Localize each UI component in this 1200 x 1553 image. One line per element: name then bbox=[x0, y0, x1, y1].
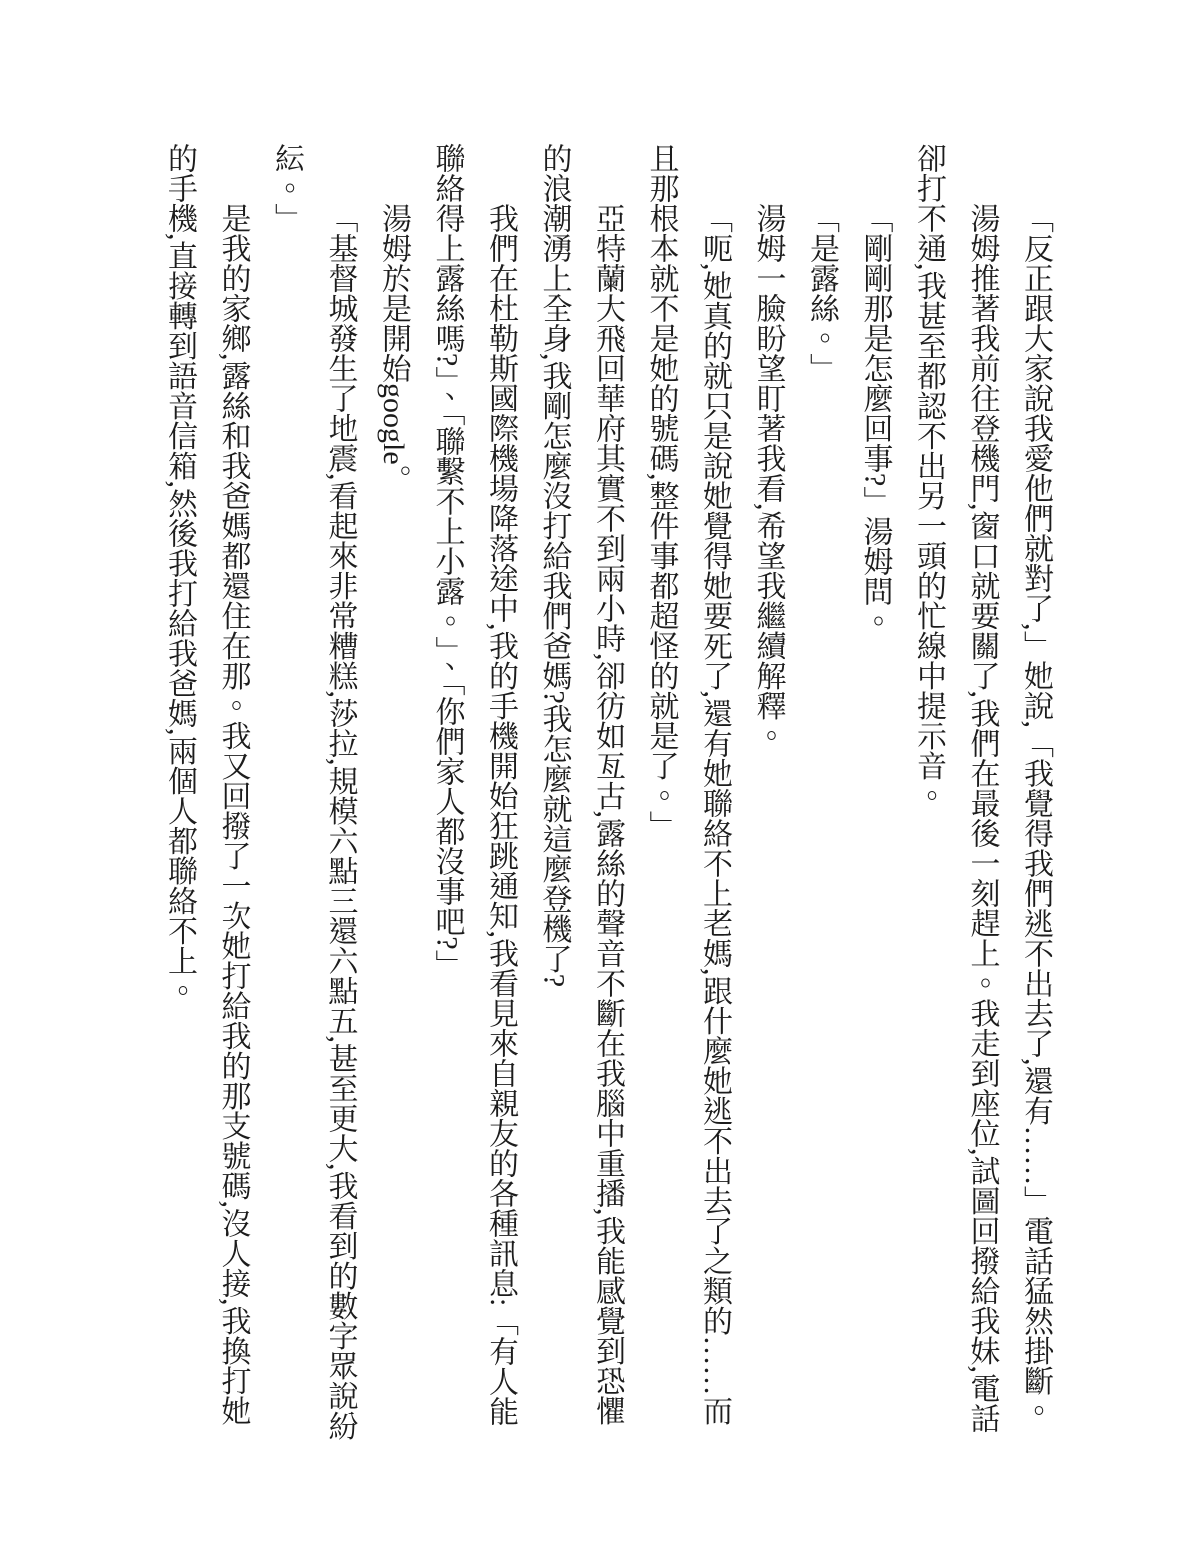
vertical-text-block: 「反正跟大家說我愛他們就對了,」她說,「我覺得我們逃不出去了,還有……」電話猛然… bbox=[153, 143, 1063, 1443]
paragraph-6: 「呃,她真的就只是說她覺得她要死了,還有她聯絡不上老媽,跟什麼她逃不出去了之類的… bbox=[634, 143, 741, 1443]
paragraph-7: 亞特蘭大飛回華府其實不到兩小時,卻彷如亙古,露絲的聲音不斷在我腦中重播,我能感覺… bbox=[527, 143, 634, 1443]
book-page: 「反正跟大家說我愛他們就對了,」她說,「我覺得我們逃不出去了,還有……」電話猛然… bbox=[0, 0, 1200, 1553]
paragraph-3: 「剛剛那是怎麼回事?」湯姆問。 bbox=[848, 143, 902, 1443]
paragraph-5: 湯姆一臉盼望盯著我看,希望我繼續解釋。 bbox=[741, 143, 795, 1443]
paragraph-8: 我們在杜勒斯國際機場降落途中,我的手機開始狂跳通知,我看見來自親友的各種訊息:「… bbox=[420, 143, 527, 1443]
paragraph-9: 湯姆於是開始google。 bbox=[367, 143, 421, 1443]
paragraph-2: 湯姆推著我前往登機門,窗口就要關了,我們在最後一刻趕上。我走到座位,試圖回撥給我… bbox=[902, 143, 1009, 1443]
paragraph-1: 「反正跟大家說我愛他們就對了,」她說,「我覺得我們逃不出去了,還有……」電話猛然… bbox=[1009, 143, 1063, 1443]
paragraph-4: 「是露絲。」 bbox=[795, 143, 849, 1443]
paragraph-11: 是我的家鄉,露絲和我爸媽都還住在那。我又回撥了一次她打給我的那支號碼,沒人接,我… bbox=[153, 143, 260, 1443]
paragraph-10: 「基督城發生了地震,看起來非常糟糕,莎拉,規模六點三還六點五,甚至更大,我看到的… bbox=[260, 143, 367, 1443]
